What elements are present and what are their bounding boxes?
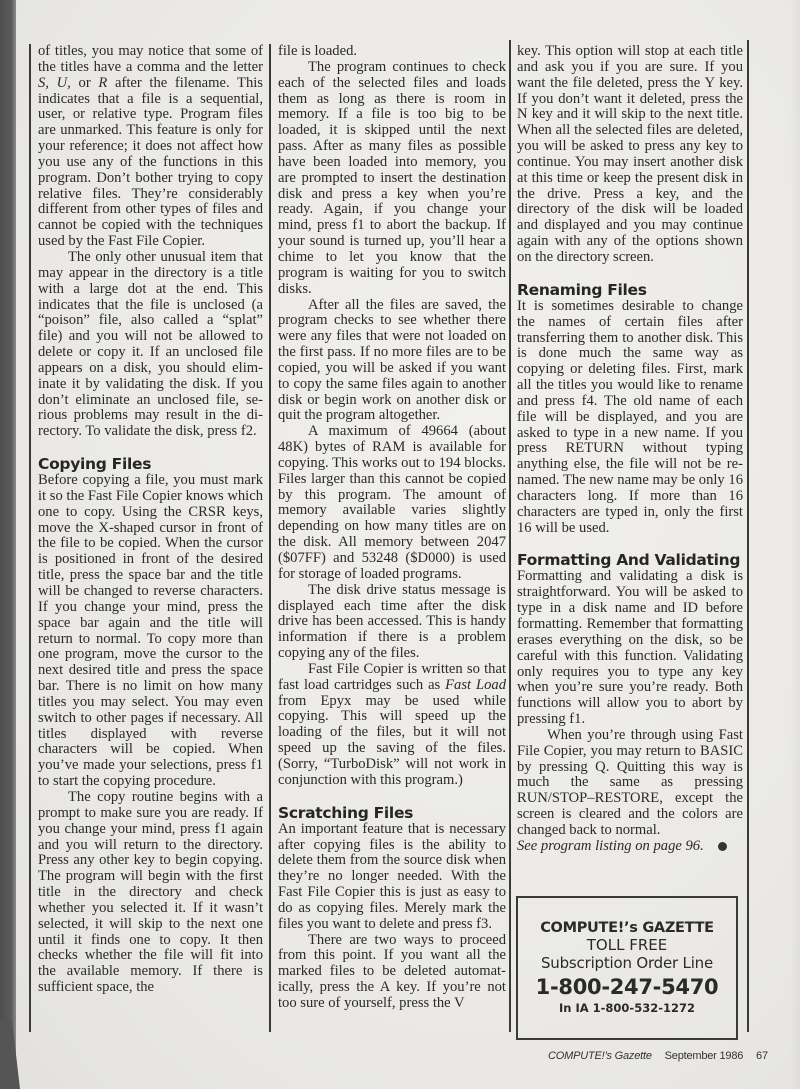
- paragraph-unclosed-files: The only other unusual item that may app…: [38, 250, 263, 440]
- paragraph-program-continues: The program continues to check each of t…: [278, 60, 506, 298]
- promo-brand: COMPUTE!’s GAZETTE: [518, 920, 736, 936]
- paragraph-after-saved: After all the files are saved, the progr…: [278, 298, 506, 425]
- paragraph-renaming: It is sometimes desirable to change the …: [517, 299, 743, 537]
- page-right-edge: [790, 0, 800, 1089]
- heading-formatting-validating: Formatting And Validating: [517, 551, 743, 569]
- heading-renaming-files: Renaming Files: [517, 281, 743, 299]
- paragraph-drive-status: The disk drive status message is display…: [278, 583, 506, 662]
- promo-subscription-line: Subscription Order Line: [518, 954, 736, 973]
- paragraph-two-ways: There are two ways to proceed from this …: [278, 933, 506, 1012]
- article-column-1: of titles, you may notice that some of t…: [38, 44, 263, 996]
- paragraph-fast-load: Fast File Copier is written so that fast…: [278, 662, 506, 789]
- column-rule-left: [29, 44, 31, 1032]
- promo-toll-free: TOLL FREE: [518, 936, 736, 954]
- binding-gutter-shadow: [0, 0, 16, 1089]
- footer-issue-date: September 1986: [665, 1050, 744, 1062]
- heading-copying-files: Copying Files: [38, 455, 263, 473]
- footer-page-number: 67: [756, 1050, 768, 1062]
- footer-publication: COMPUTE!’s Gazette: [548, 1050, 652, 1062]
- paragraph-file-types: of titles, you may notice that some of t…: [38, 44, 263, 250]
- paragraph-scratching-intro: An important feature that is neces­sary …: [278, 822, 506, 933]
- paragraph-formatting: Formatting and validating a disk is stra…: [517, 569, 743, 727]
- column-rule-2-3: [509, 40, 511, 1032]
- page-footer: COMPUTE!’s Gazette September 1986 67: [548, 1050, 768, 1062]
- paragraph-copying-intro: Before copying a file, you must mark it …: [38, 473, 263, 790]
- subscription-promo-box: COMPUTE!’s GAZETTE TOLL FREE Subscriptio…: [516, 896, 738, 1040]
- promo-phone-number: 1-800-247-5470: [518, 974, 736, 1000]
- paragraph-quitting: When you’re through using Fast File Copi…: [517, 728, 743, 839]
- promo-iowa-phone: In IA 1-800-532-1272: [518, 1000, 736, 1016]
- article-column-2: file is loaded. The program continues to…: [278, 44, 506, 1012]
- paragraph-verify-option: key. This option will stop at each ti­tl…: [517, 44, 743, 266]
- column-rule-right: [747, 40, 749, 1032]
- program-listing-note: See program listing on page 96.: [517, 839, 743, 855]
- article-column-3: key. This option will stop at each ti­tl…: [517, 44, 743, 855]
- paragraph-copy-routine: The copy routine begins with a prompt to…: [38, 790, 263, 996]
- end-of-article-bullet-icon: [718, 842, 727, 851]
- column-rule-1-2: [269, 44, 271, 1032]
- paragraph-max-ram: A maximum of 49664 (about 48K) bytes of …: [278, 424, 506, 582]
- paragraph-file-loaded: file is loaded.: [278, 44, 506, 60]
- heading-scratching-files: Scratching Files: [278, 804, 506, 822]
